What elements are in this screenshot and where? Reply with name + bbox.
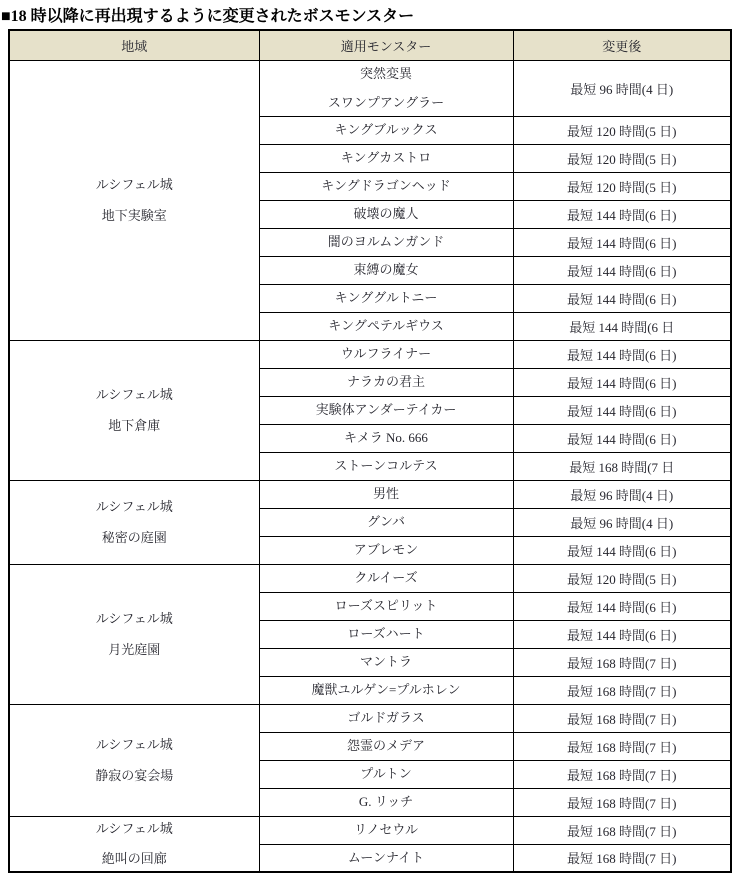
after-cell: 最短 168 時間(7 日) xyxy=(513,732,731,760)
monster-name-line: ムーンナイト xyxy=(262,850,511,866)
region-name-line: 地下倉庫 xyxy=(12,418,257,434)
after-cell: 最短 144 時間(6 日 xyxy=(513,312,731,340)
monster-name-line: キングドラゴンヘッド xyxy=(262,178,511,194)
region-cell: ルシフェル城地下実験室 xyxy=(9,60,259,340)
monster-cell: グンバ xyxy=(259,508,513,536)
region-name-line: 月光庭園 xyxy=(12,642,257,658)
after-cell: 最短 120 時間(5 日) xyxy=(513,172,731,200)
monster-cell: キングカストロ xyxy=(259,144,513,172)
monster-name-line: 魔獣ユルゲン=プルホレン xyxy=(262,682,511,698)
after-cell: 最短 144 時間(6 日) xyxy=(513,424,731,452)
after-cell: 最短 144 時間(6 日) xyxy=(513,368,731,396)
monster-name-line: クルイーズ xyxy=(262,570,511,586)
monster-cell: キメラ No. 666 xyxy=(259,424,513,452)
after-cell: 最短 144 時間(6 日) xyxy=(513,340,731,368)
table-row: ルシフェル城月光庭園クルイーズ最短 120 時間(5 日) xyxy=(9,564,731,592)
table-header: 地域 適用モンスター 変更後 xyxy=(9,30,731,60)
region-cell: ルシフェル城地下倉庫 xyxy=(9,340,259,480)
monster-name-line: アブレモン xyxy=(262,542,511,558)
after-cell: 最短 120 時間(5 日) xyxy=(513,564,731,592)
region-name-line: ルシフェル城 xyxy=(12,499,257,515)
monster-cell: 男性 xyxy=(259,480,513,508)
monster-cell: 実験体アンダーテイカー xyxy=(259,396,513,424)
column-header-region: 地域 xyxy=(9,30,259,60)
after-cell: 最短 144 時間(6 日) xyxy=(513,396,731,424)
region-name-line: ルシフェル城 xyxy=(12,821,257,837)
monster-name-line: スワンプアングラー xyxy=(262,95,511,111)
region-name-line: ルシフェル城 xyxy=(12,737,257,753)
monster-name-line: ゴルドガラス xyxy=(262,710,511,726)
after-cell: 最短 144 時間(6 日) xyxy=(513,536,731,564)
after-cell: 最短 120 時間(5 日) xyxy=(513,116,731,144)
column-header-monster: 適用モンスター xyxy=(259,30,513,60)
after-cell: 最短 144 時間(6 日) xyxy=(513,592,731,620)
header-row: 地域 適用モンスター 変更後 xyxy=(9,30,731,60)
after-cell: 最短 96 時間(4 日) xyxy=(513,508,731,536)
monster-name-line: G. リッチ xyxy=(262,794,511,810)
region-name-line: 絶叫の回廊 xyxy=(12,851,257,867)
region-name-line: 静寂の宴会場 xyxy=(12,768,257,784)
monster-name-line: 突然変異 xyxy=(262,66,511,82)
region-cell: ルシフェル城月光庭園 xyxy=(9,564,259,704)
after-cell: 最短 168 時間(7 日) xyxy=(513,788,731,816)
after-cell: 最短 168 時間(7 日) xyxy=(513,816,731,844)
monster-cell: ムーンナイト xyxy=(259,844,513,872)
monster-cell: ウルフライナー xyxy=(259,340,513,368)
region-cell: ルシフェル城秘密の庭園 xyxy=(9,480,259,564)
table-row: ルシフェル城地下実験室突然変異スワンプアングラー最短 96 時間(4 日) xyxy=(9,60,731,116)
after-cell: 最短 96 時間(4 日) xyxy=(513,480,731,508)
monster-name-line: キメラ No. 666 xyxy=(262,430,511,446)
region-name-line: ルシフェル城 xyxy=(12,611,257,627)
monster-cell: ゴルドガラス xyxy=(259,704,513,732)
region-name-line: ルシフェル城 xyxy=(12,387,257,403)
table-row: ルシフェル城地下倉庫ウルフライナー最短 144 時間(6 日) xyxy=(9,340,731,368)
monster-name-line: ローズハート xyxy=(262,626,511,642)
monster-name-line: ストーンコルテス xyxy=(262,458,511,474)
table-row: ルシフェル城絶叫の回廊リノセウル最短 168 時間(7 日) xyxy=(9,816,731,844)
monster-cell: 闇のヨルムンガンド xyxy=(259,228,513,256)
monster-name-line: グンバ xyxy=(262,514,511,530)
monster-cell: キングブルックス xyxy=(259,116,513,144)
monster-name-line: キングカストロ xyxy=(262,150,511,166)
monster-cell: 突然変異スワンプアングラー xyxy=(259,60,513,116)
column-header-after: 変更後 xyxy=(513,30,731,60)
after-cell: 最短 168 時間(7 日) xyxy=(513,760,731,788)
after-cell: 最短 144 時間(6 日) xyxy=(513,256,731,284)
table-body: ルシフェル城地下実験室突然変異スワンプアングラー最短 96 時間(4 日)キング… xyxy=(9,60,731,872)
monster-name-line: ナラカの君主 xyxy=(262,374,511,390)
after-cell: 最短 120 時間(5 日) xyxy=(513,144,731,172)
monster-name-line: 男性 xyxy=(262,486,511,502)
monster-cell: リノセウル xyxy=(259,816,513,844)
monster-cell: キングドラゴンヘッド xyxy=(259,172,513,200)
table-row: ルシフェル城秘密の庭園男性最短 96 時間(4 日) xyxy=(9,480,731,508)
monster-cell: キングペテルギウス xyxy=(259,312,513,340)
monster-name-line: 束縛の魔女 xyxy=(262,262,511,278)
monster-name-line: キンググルトニー xyxy=(262,290,511,306)
monster-name-line: 怨霊のメデア xyxy=(262,738,511,754)
monster-name-line: 闇のヨルムンガンド xyxy=(262,234,511,250)
monster-name-line: ローズスピリット xyxy=(262,598,511,614)
region-name-line: 秘密の庭園 xyxy=(12,530,257,546)
monster-name-line: 実験体アンダーテイカー xyxy=(262,402,511,418)
monster-name-line: キングペテルギウス xyxy=(262,318,511,334)
monster-cell: プルトン xyxy=(259,760,513,788)
monster-name-line: リノセウル xyxy=(262,822,511,838)
monster-cell: 魔獣ユルゲン=プルホレン xyxy=(259,676,513,704)
document-page: ■18 時以降に再出現するように変更されたボスモンスター 地域 適用モンスター … xyxy=(0,0,734,873)
table-row: ルシフェル城静寂の宴会場ゴルドガラス最短 168 時間(7 日) xyxy=(9,704,731,732)
after-cell: 最短 168 時間(7 日) xyxy=(513,676,731,704)
monster-cell: 束縛の魔女 xyxy=(259,256,513,284)
monster-cell: キンググルトニー xyxy=(259,284,513,312)
monster-name-line: 破壊の魔人 xyxy=(262,206,511,222)
monster-name-line: マントラ xyxy=(262,654,511,670)
region-name-line: 地下実験室 xyxy=(12,208,257,224)
after-cell: 最短 168 時間(7 日) xyxy=(513,648,731,676)
after-cell: 最短 144 時間(6 日) xyxy=(513,200,731,228)
page-title: ■18 時以降に再出現するように変更されたボスモンスター xyxy=(0,1,730,29)
after-cell: 最短 144 時間(6 日) xyxy=(513,284,731,312)
after-cell: 最短 168 時間(7 日 xyxy=(513,452,731,480)
monster-cell: ローズスピリット xyxy=(259,592,513,620)
boss-respawn-table: 地域 適用モンスター 変更後 ルシフェル城地下実験室突然変異スワンプアングラー最… xyxy=(8,29,732,873)
monster-cell: ローズハート xyxy=(259,620,513,648)
monster-name-line: プルトン xyxy=(262,766,511,782)
monster-cell: アブレモン xyxy=(259,536,513,564)
after-cell: 最短 168 時間(7 日) xyxy=(513,704,731,732)
monster-cell: マントラ xyxy=(259,648,513,676)
after-cell: 最短 96 時間(4 日) xyxy=(513,60,731,116)
monster-cell: 破壊の魔人 xyxy=(259,200,513,228)
after-cell: 最短 168 時間(7 日) xyxy=(513,844,731,872)
monster-cell: ナラカの君主 xyxy=(259,368,513,396)
after-cell: 最短 144 時間(6 日) xyxy=(513,228,731,256)
region-name-line: ルシフェル城 xyxy=(12,177,257,193)
monster-cell: G. リッチ xyxy=(259,788,513,816)
monster-name-line: キングブルックス xyxy=(262,122,511,138)
region-cell: ルシフェル城静寂の宴会場 xyxy=(9,704,259,816)
monster-name-line: ウルフライナー xyxy=(262,346,511,362)
monster-cell: クルイーズ xyxy=(259,564,513,592)
monster-cell: 怨霊のメデア xyxy=(259,732,513,760)
monster-cell: ストーンコルテス xyxy=(259,452,513,480)
after-cell: 最短 144 時間(6 日) xyxy=(513,620,731,648)
region-cell: ルシフェル城絶叫の回廊 xyxy=(9,816,259,872)
